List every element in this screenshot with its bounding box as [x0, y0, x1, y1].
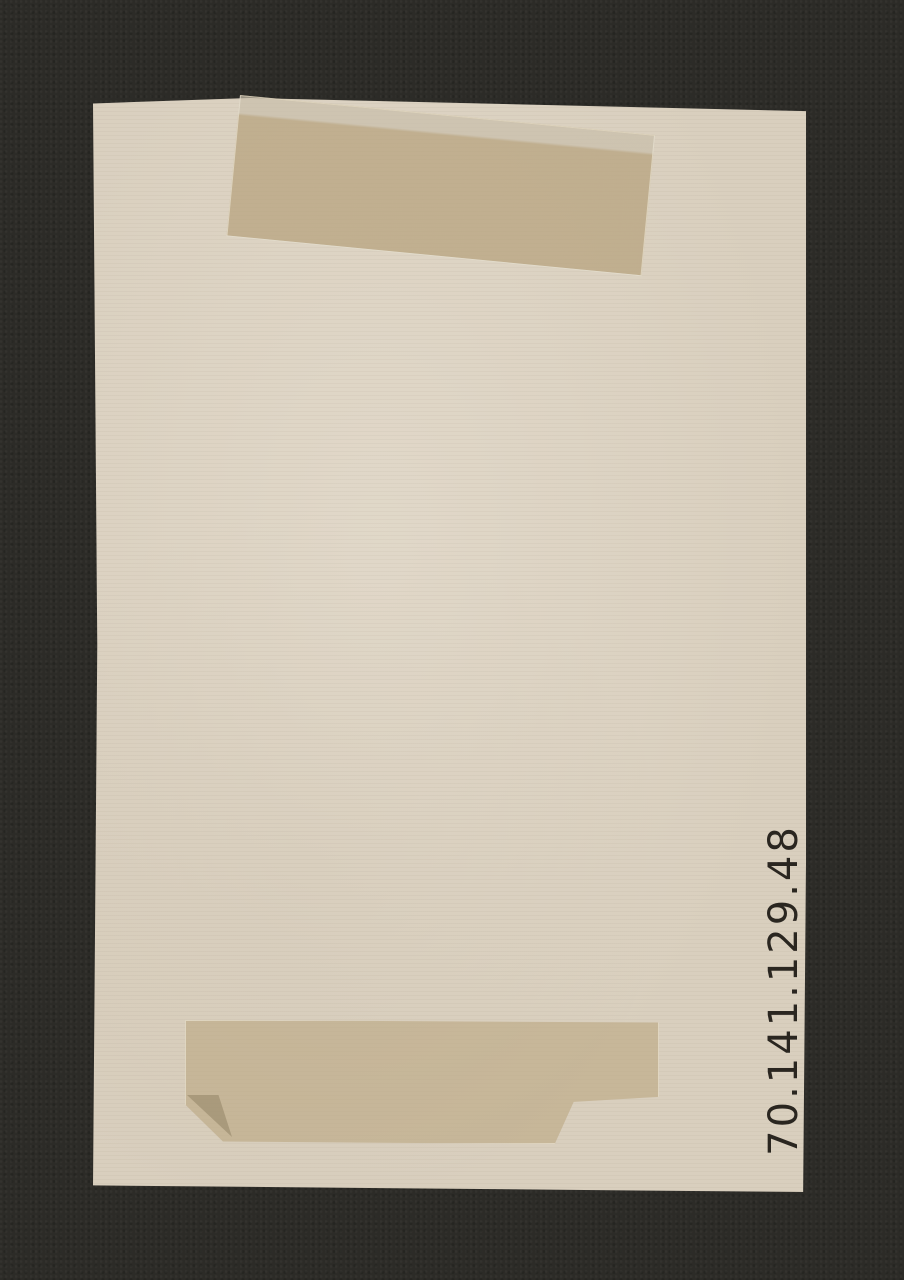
accession-number: 70.141.129.48 — [761, 824, 807, 1156]
